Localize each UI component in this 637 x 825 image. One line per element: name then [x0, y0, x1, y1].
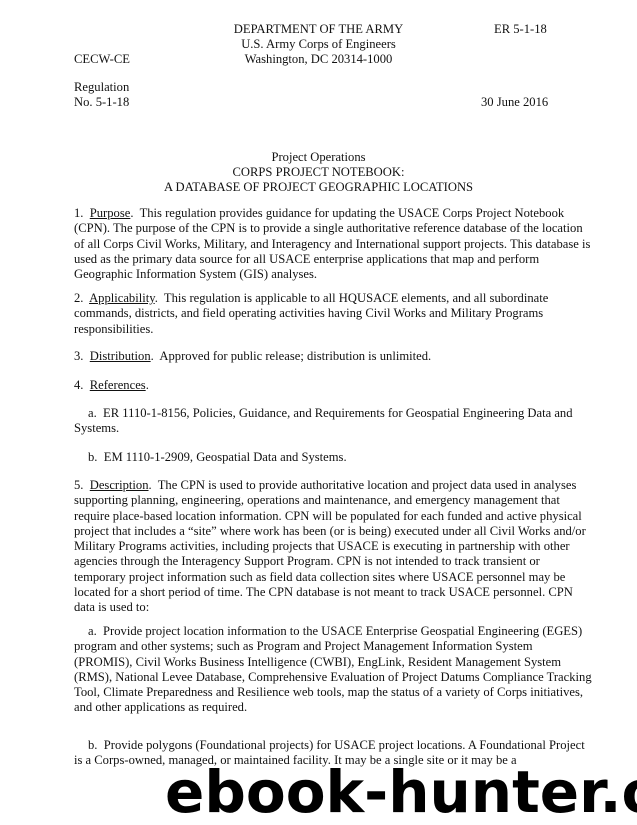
reference-item-b: b. EM 1110-1-2909, Geospatial Data and S…: [74, 450, 594, 465]
section-heading: Description: [90, 478, 149, 492]
section-heading: Purpose: [90, 206, 131, 220]
reference-item-a: a. ER 1110-1-8156, Policies, Guidance, a…: [74, 406, 594, 437]
section-description: 5. Description. The CPN is used to provi…: [74, 478, 594, 616]
section-number: 3.: [74, 349, 83, 363]
title-line-1: CORPS PROJECT NOTEBOOK:: [0, 165, 637, 180]
item-text: ER 1110-1-8156, Policies, Guidance, and …: [74, 406, 573, 435]
item-text: EM 1110-1-2909, Geospatial Data and Syst…: [104, 450, 347, 464]
section-purpose: 1. Purpose. This regulation provides gui…: [74, 206, 594, 282]
section-distribution: 3. Distribution. Approved for public rel…: [74, 349, 594, 364]
corps-heading: U.S. Army Corps of Engineers: [0, 37, 637, 52]
document-date: 30 June 2016: [481, 95, 548, 110]
section-applicability: 2. Applicability. This regulation is app…: [74, 291, 594, 337]
item-label: b.: [88, 450, 97, 464]
section-text: This regulation provides guidance for up…: [74, 206, 590, 281]
office-symbol: CECW-CE: [74, 52, 130, 67]
section-number: 2.: [74, 291, 83, 305]
document-page: DEPARTMENT OF THE ARMY U.S. Army Corps o…: [0, 0, 637, 825]
item-label: b.: [88, 738, 97, 752]
section-heading: References: [90, 378, 146, 392]
item-label: a.: [88, 624, 97, 638]
section-heading: Applicability: [89, 291, 155, 305]
item-label: a.: [88, 406, 97, 420]
section-number: 4.: [74, 378, 83, 392]
section-heading: Distribution: [90, 349, 151, 363]
subject-heading: Project Operations: [0, 150, 637, 165]
description-item-a: a. Provide project location information …: [74, 624, 594, 716]
watermark-text: ebook-hunter.org: [165, 762, 637, 822]
section-text: The CPN is used to provide authoritative…: [74, 478, 586, 614]
section-references: 4. References.: [74, 378, 594, 393]
document-id: ER 5-1-18: [494, 22, 547, 37]
item-text: Provide project location information to …: [74, 624, 592, 714]
section-number: 5.: [74, 478, 83, 492]
regulation-number: No. 5-1-18: [74, 95, 129, 110]
section-number: 1.: [74, 206, 83, 220]
section-text: Approved for public release; distributio…: [159, 349, 431, 363]
regulation-label: Regulation: [74, 80, 129, 95]
title-line-2: A DATABASE OF PROJECT GEOGRAPHIC LOCATIO…: [0, 180, 637, 195]
